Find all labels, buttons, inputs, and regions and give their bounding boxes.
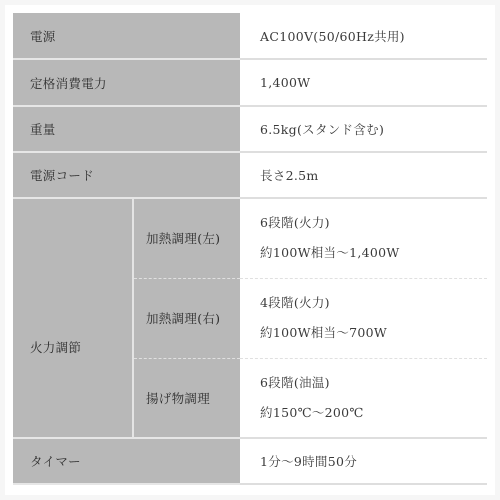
row-label: 電源 [13,13,240,59]
subrow-label: 加熱調理(右) [133,278,240,358]
subrow-value: 6段階(油温) 約150℃～200℃ [240,358,487,438]
row-label: 電源コード [13,152,240,198]
spec-row-weight: 重量 6.5kg(スタンド含む) [13,106,487,152]
subrow-line: 6段階(火力) [260,208,487,238]
subrow-line: 4段階(火力) [260,288,487,318]
row-value: 6.5kg(スタンド含む) [240,106,487,152]
row-value: AC100V(50/60Hz共用) [240,13,487,59]
spec-row-power-supply: 電源 AC100V(50/60Hz共用) [13,13,487,59]
subrow-line: 約100W相当～700W [260,318,487,348]
subrow-label: 揚げ物調理 [133,358,240,438]
spec-row-power-cord: 電源コード 長さ2.5m [13,152,487,198]
subrow-line: 約150℃～200℃ [260,398,487,428]
row-label: タイマー [13,438,240,484]
subrow-value: 4段階(火力) 約100W相当～700W [240,278,487,358]
group-label: 火力調節 [13,198,133,438]
spec-table: 電源 AC100V(50/60Hz共用) 定格消費電力 1,400W 重量 6.… [13,13,487,485]
subrow-label: 加熱調理(左) [133,198,240,278]
subrow-line: 6段階(油温) [260,368,487,398]
spec-row-heat-left: 火力調節 加熱調理(左) 6段階(火力) 約100W相当～1,400W [13,198,487,278]
row-value: 1,400W [240,59,487,106]
spec-row-timer: タイマー 1分～9時間50分 [13,438,487,484]
row-label: 重量 [13,106,240,152]
spec-row-rated-power: 定格消費電力 1,400W [13,59,487,106]
subrow-value: 6段階(火力) 約100W相当～1,400W [240,198,487,278]
row-value: 長さ2.5m [240,152,487,198]
row-label: 定格消費電力 [13,59,240,106]
page-frame: 電源 AC100V(50/60Hz共用) 定格消費電力 1,400W 重量 6.… [0,0,500,500]
row-value: 1分～9時間50分 [240,438,487,484]
subrow-line: 約100W相当～1,400W [260,238,487,268]
